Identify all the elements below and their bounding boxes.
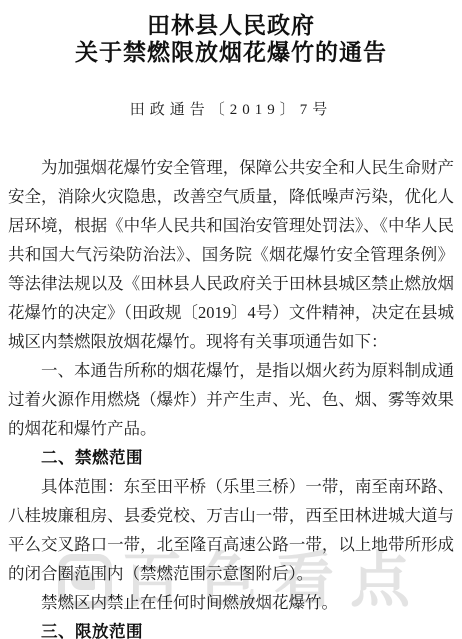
title-line-subject: 关于禁燃限放烟花爆竹的通告 xyxy=(0,39,462,66)
document-number: 田政通告〔2019〕7号 xyxy=(0,98,462,119)
notice-document-page: 百色看点 田林县人民政府 关于禁燃限放烟花爆竹的通告 田政通告〔2019〕7号 … xyxy=(0,0,462,639)
paragraph-definition: 一、本通告所称的烟花爆竹，是指以烟火药为原料制成通过着火源作用燃烧（爆炸）并产生… xyxy=(8,356,454,443)
document-title: 田林县人民政府 关于禁燃限放烟花爆竹的通告 xyxy=(0,12,462,66)
paragraph-preamble: 为加强烟花爆竹安全管理，保障公共安全和人民生命财产安全，消除火灾隐患，改善空气质… xyxy=(8,153,454,356)
title-line-issuer: 田林县人民政府 xyxy=(0,12,462,39)
section-heading-restrict-scope: 三、限放范围 xyxy=(8,617,454,639)
paragraph-ban-time: 禁燃区内禁止在任何时间燃放烟花爆竹。 xyxy=(8,588,454,617)
paragraph-ban-scope-detail: 具体范围：东至田平桥（乐里三桥）一带，南至南环路、八桂坡廉租房、县委党校、万吉山… xyxy=(8,472,454,588)
section-heading-ban-scope: 二、禁燃范围 xyxy=(8,443,454,472)
document-body: 为加强烟花爆竹安全管理，保障公共安全和人民生命财产安全，消除火灾隐患，改善空气质… xyxy=(0,153,462,639)
document-content: 田林县人民政府 关于禁燃限放烟花爆竹的通告 田政通告〔2019〕7号 为加强烟花… xyxy=(0,12,462,639)
